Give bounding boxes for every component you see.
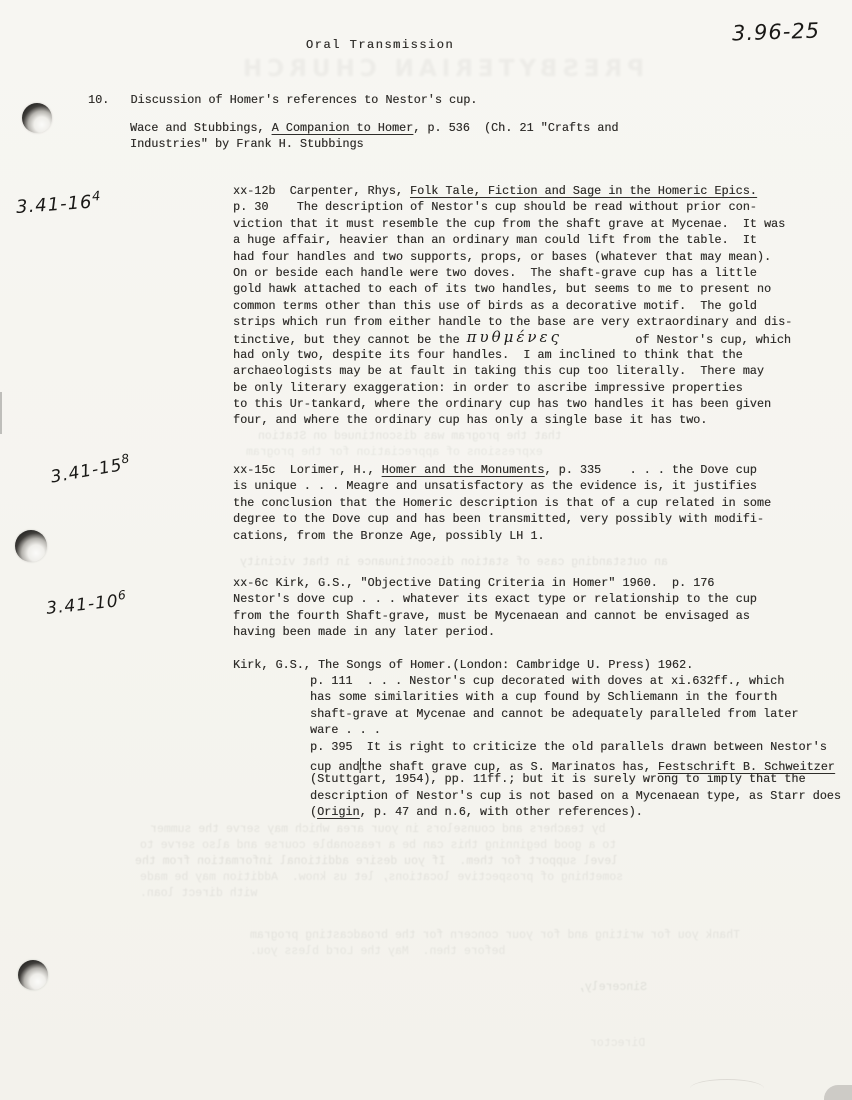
bleedthrough-line: by teachers and counselors in your area … (150, 823, 605, 836)
bleedthrough-line: an outstanding case of station discontin… (240, 556, 668, 569)
text-line: Industries" by Frank H. Stubbings (130, 136, 619, 152)
bleedthrough-line: before then. May the Lord bless you. (250, 945, 505, 958)
text-line: gold hawk attached to each of its two ha… (233, 281, 792, 297)
scan-artifact-edge (0, 392, 2, 434)
text-line: description of Nestor's cup is not based… (310, 788, 841, 804)
text-line: degree to the Dove cup and has been tran… (233, 511, 771, 527)
text-line: shaft-grave at Mycenae and cannot be ade… (310, 706, 841, 722)
bleedthrough-line: to a good beginning this can be a reason… (140, 839, 616, 852)
entry-kirk-1962-body: p. 111 . . . Nestor's cup decorated with… (310, 673, 841, 820)
text-line: had only two, despite its four handles. … (233, 347, 792, 363)
text-line: p. 111 . . . Nestor's cup decorated with… (310, 673, 841, 689)
text-line: Kirk, G.S., The Songs of Homer.(London: … (233, 657, 693, 673)
text-line: archaeologists may be at fault in taking… (233, 363, 792, 379)
text-line: cations, from the Bronze Age, possibly L… (233, 528, 771, 544)
text-line: xx-12b Carpenter, Rhys, Folk Tale, Ficti… (233, 183, 792, 199)
text-line: the conclusion that the Homeric descript… (233, 495, 771, 511)
page-title: Oral Transmission (230, 38, 530, 52)
bleedthrough-line: level support for them. If you desire ad… (135, 855, 618, 868)
text-line: to this Ur-tankard, where the ordinary c… (233, 396, 792, 412)
text-line: four, and where the ordinary cup has onl… (233, 412, 792, 428)
handwritten-greek-word: πυθμένες (467, 329, 579, 345)
superscript: 6 (117, 588, 127, 603)
bleedthrough-heading: PRESBYTERIAN CHURCH (238, 56, 644, 82)
punch-hole (18, 960, 48, 990)
text-line: On or beside each handle were two doves.… (233, 265, 792, 281)
text-line: Wace and Stubbings, A Companion to Homer… (130, 120, 619, 136)
handwritten-note-topright: 3.96-25 (732, 18, 821, 45)
entry-kirk-1962-heading: Kirk, G.S., The Songs of Homer.(London: … (233, 657, 693, 673)
text-line: Nestor's dove cup . . . whatever its exa… (233, 591, 757, 607)
superscript: 4 (92, 189, 102, 205)
text-line: has some similarities with a cup found b… (310, 689, 841, 705)
text-line: cup andthe shaft grave cup, as S. Marina… (310, 755, 841, 771)
punch-hole (15, 530, 47, 562)
bleedthrough-line: with direct loan. (140, 887, 257, 900)
bleedthrough-line: Director (590, 1037, 645, 1050)
handwritten-note-margin: 3.41-158 (49, 451, 133, 487)
entry-carpenter: xx-12b Carpenter, Rhys, Folk Tale, Ficti… (233, 183, 792, 429)
bleedthrough-line: that the program was discontinued on Sta… (258, 430, 562, 443)
text-line: p. 30 The description of Nestor's cup sh… (233, 199, 792, 215)
entry-kirk-1960: xx-6c Kirk, G.S., "Objective Dating Crit… (233, 575, 757, 641)
scan-artifact-arc (690, 1079, 764, 1098)
text-line: (Stuttgart, 1954), pp. 11ff.; but it is … (310, 771, 841, 787)
text-line: tinctive, but they cannot be the πυθμένε… (233, 330, 792, 346)
text-line: be only literary exaggeration: in order … (233, 380, 792, 396)
text-line: p. 395 It is right to criticize the old … (310, 739, 841, 755)
entry-wace-stubbings: Wace and Stubbings, A Companion to Homer… (130, 120, 619, 153)
scan-artifact-corner (824, 1085, 852, 1100)
text-line: xx-15c Lorimer, H., Homer and the Monume… (233, 462, 771, 478)
text-line: having been made in any later period. (233, 624, 757, 640)
text-line: (Origin, p. 47 and n.6, with other refer… (310, 804, 841, 820)
superscript: 8 (120, 451, 131, 466)
bleedthrough-line: something of prospective locations, let … (140, 871, 623, 884)
text-line: is unique . . . Meagre and unsatisfactor… (233, 478, 771, 494)
text-line: common terms other than this use of bird… (233, 298, 792, 314)
text-line: viction that it must resemble the cup fr… (233, 216, 792, 232)
text-line: from the fourth Shaft-grave, must be Myc… (233, 608, 757, 624)
bleedthrough-line: expressions of appreciation for the prog… (246, 446, 543, 459)
bleedthrough-line: Thank you for writing and for your conce… (250, 929, 740, 942)
entry-lorimer: xx-15c Lorimer, H., Homer and the Monume… (233, 462, 771, 544)
text-line: a huge affair, heavier than an ordinary … (233, 232, 792, 248)
text-line: ware . . . (310, 722, 841, 738)
item-heading: 10. Discussion of Homer's references to … (88, 92, 477, 108)
pen-mark (359, 758, 361, 773)
handwritten-note-margin: 3.41-164 (15, 189, 102, 218)
text-line: had four handles and two supports, props… (233, 249, 792, 265)
text-line: xx-6c Kirk, G.S., "Objective Dating Crit… (233, 575, 757, 591)
handwritten-note-margin: 3.41-106 (45, 588, 128, 619)
punch-hole (22, 103, 52, 133)
bleedthrough-line: Sincerely, (578, 981, 647, 994)
document-page: PRESBYTERIAN CHURCH that the program was… (0, 0, 852, 1100)
